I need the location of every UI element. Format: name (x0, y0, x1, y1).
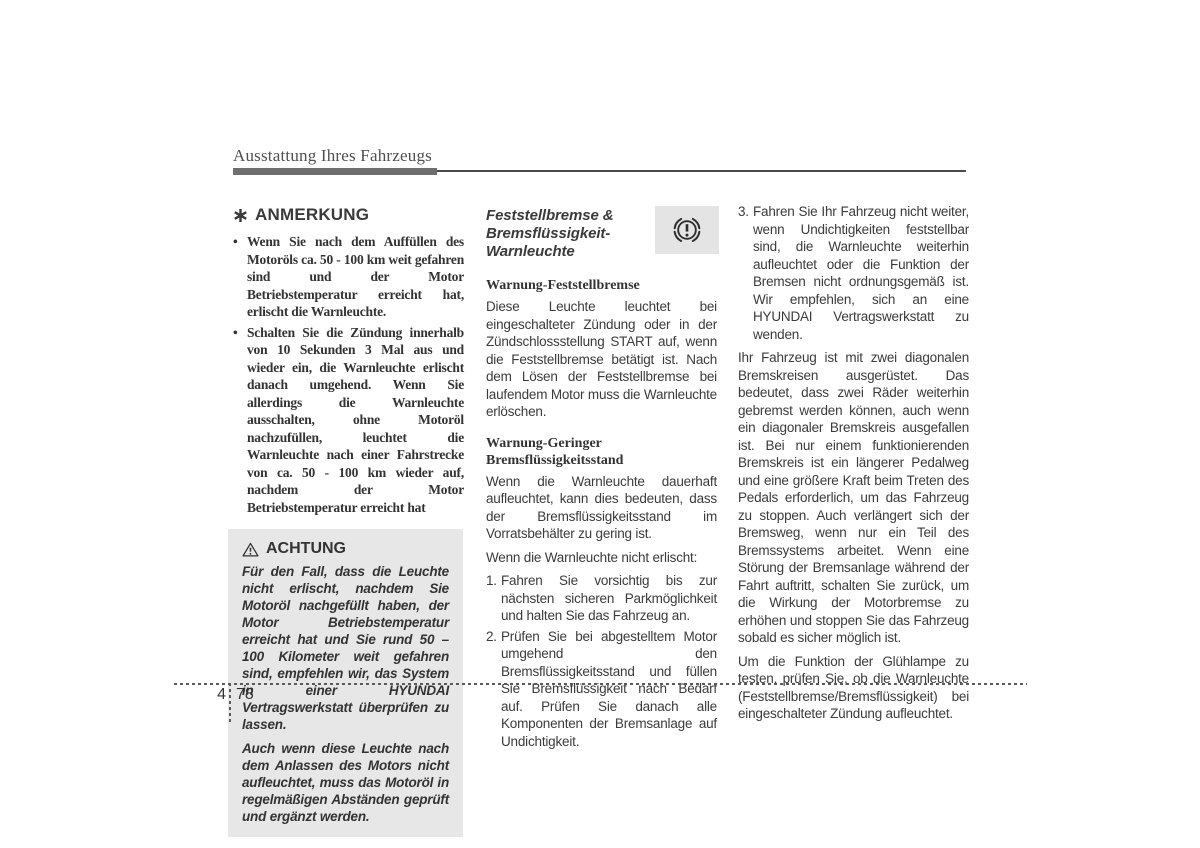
header-thick-rule (233, 168, 437, 175)
body-paragraph: Wenn die Warnleuchte nicht erlischt: (486, 549, 717, 567)
column-left: ANMERKUNG Wenn Sie nach dem Auffüllen de… (233, 203, 464, 837)
numbered-step: 1. Fahren Sie vorsichtig bis zur nächste… (486, 572, 717, 625)
body-paragraph: Wenn die Warnleuchte dauerhaft aufleucht… (486, 473, 717, 543)
body-paragraph: Um die Funktion der Glühlampe zu testen,… (738, 653, 969, 723)
subsection-heading-line: Bremsflüssigkeitsstand (486, 452, 717, 469)
body-paragraph: Diese Leuchte leuchtet bei eingeschaltet… (486, 298, 717, 421)
footer-chapter-number: 4 (210, 686, 226, 704)
caution-paragraph: Auch wenn diese Leuchte nach dem Anlasse… (242, 740, 449, 825)
column-right: 3. Fahren Sie Ihr Fahrzeug nicht weiter,… (738, 203, 969, 729)
column-middle: Feststellbremse & Bremsflüssigkeit- Warn… (486, 203, 717, 764)
body-paragraph: Ihr Fahrzeug ist mit zwei diagonalen Bre… (738, 349, 969, 647)
low-brake-fluid-warning-section: Warnung-Geringer Bremsflüssigkeitsstand … (486, 435, 717, 751)
step-number: 1. (486, 572, 497, 590)
warning-triangle-icon (242, 542, 259, 557)
note-heading-label: ANMERKUNG (255, 205, 369, 225)
manual-page: Ausstattung Ihres Fahrzeugs ANMERKUNG We… (0, 0, 1200, 848)
step-text: Fahren Sie Ihr Fahrzeug nicht weiter, we… (753, 204, 969, 342)
subsection-heading-line: Warnung-Geringer (486, 435, 717, 452)
caution-paragraph: Für den Fall, dass die Leuchte nicht erl… (242, 563, 449, 733)
caution-heading: ACHTUNG (242, 540, 449, 558)
note-bullet-list: Wenn Sie nach dem Auffüllen des Motoröls… (233, 233, 464, 516)
numbered-step: 3. Fahren Sie Ihr Fahrzeug nicht weiter,… (738, 203, 969, 343)
note-bullet: Wenn Sie nach dem Auffüllen des Motoröls… (233, 233, 464, 321)
brake-warning-light-icon (655, 206, 719, 254)
parking-brake-warning-section: Warnung-Feststellbremse Diese Leuchte le… (486, 277, 717, 421)
footer-dashed-divider (229, 683, 231, 723)
caution-heading-label: ACHTUNG (266, 540, 346, 558)
step-number: 3. (738, 203, 749, 221)
note-bullet: Schalten Sie die Zündung innerhalb von 1… (233, 324, 464, 517)
chapter-title: Ausstattung Ihres Fahrzeugs (233, 146, 968, 166)
page-header: Ausstattung Ihres Fahrzeugs (233, 146, 968, 166)
step-number: 2. (486, 628, 497, 646)
footer-page-number: 78 (236, 686, 254, 704)
subsection-heading: Warnung-Geringer Bremsflüssigkeitsstand (486, 435, 717, 469)
step-text: Fahren Sie vorsichtig bis zur nächsten s… (501, 573, 717, 623)
note-heading: ANMERKUNG (233, 205, 464, 225)
numbered-step: 2. Prüfen Sie bei abgestelltem Motor umg… (486, 628, 717, 751)
step-text: Prüfen Sie bei abgestelltem Motor umgehe… (501, 629, 717, 749)
footer-dashed-rule (174, 683, 1027, 685)
heavy-asterisk-icon (233, 208, 248, 223)
subsection-heading: Warnung-Feststellbremse (486, 277, 717, 294)
